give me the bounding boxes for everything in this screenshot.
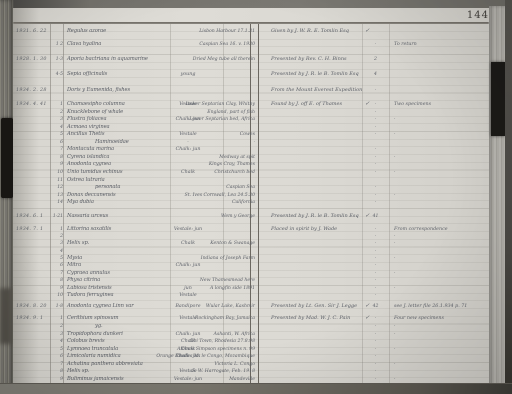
cell-name: Unio tumidus echinus <box>67 169 122 176</box>
cell-loc: Wular Lake, Kashmir <box>131 303 255 310</box>
cell-qty: · <box>362 41 389 48</box>
cell-name: Tropidophora dunkeri <box>67 331 123 338</box>
fore-edge-bookmark-block <box>491 62 505 136</box>
cell-name: Haminoeidae <box>95 139 129 146</box>
cell-acq: Presented by Mad. W. J. C. Pain <box>271 315 350 322</box>
cell-rem: · <box>394 331 486 338</box>
cell-loc: Mandeville <box>131 376 255 383</box>
ledger-row: 1928. 1. 301-3Aporia bactriana in aquama… <box>13 56 489 64</box>
cell-num: 11 <box>49 177 63 184</box>
cell-qty: · <box>362 285 389 292</box>
cell-name: Regulus azorae <box>67 28 106 35</box>
cell-name: Tudora ferruginea <box>67 292 114 299</box>
cell-rem: Two specimens <box>394 101 486 108</box>
ledger-row: 1934. 2. 28Doris y Eumenida, fishesFrom … <box>13 87 489 95</box>
cell-qty: · <box>362 270 389 277</box>
cell-qty: · <box>362 146 389 153</box>
cell-name: Doris y Eumenida, fishes <box>67 87 130 94</box>
cell-name: personata <box>95 184 120 191</box>
cell-qty: 4 <box>362 71 389 78</box>
cell-loc: Medway at spit <box>131 154 255 161</box>
checkmark-icon: ✓ <box>365 303 375 310</box>
cell-name: Colobus brevis <box>67 338 105 345</box>
spine-smudge <box>0 288 12 344</box>
cell-qty: · <box>362 184 389 191</box>
cell-qty: · <box>362 240 389 247</box>
cell-loc: Kenton & Swanage <box>131 240 255 247</box>
cell-rem: · <box>394 346 486 353</box>
cell-name: Limicolaria numidica <box>67 353 121 360</box>
ledger-row: 1934. 6. 11-21Nassaria urceusWem y Georg… <box>13 213 489 221</box>
cell-loc: Lisbon Harbour 17.1.31 <box>131 28 255 35</box>
cell-loc: Christchurch bed <box>131 169 255 176</box>
cell-loc: Cowes <box>131 131 255 138</box>
cell-qty: · <box>362 226 389 233</box>
ledger-row: 8Helix sp.VestaleS. W. Harrogate, Feb. 1… <box>13 368 489 376</box>
cell-num: 4 <box>49 248 63 255</box>
checkmark-icon: ✓ <box>365 213 375 220</box>
cell-num: 3 <box>49 331 63 338</box>
ledger-row: 1934. 9. 11Cerithium spinosumVestaleRock… <box>13 315 489 323</box>
cell-name: Cyrena islandica <box>67 154 109 161</box>
ledger-row: 7Montacuta marinaChalk: jun· <box>13 146 489 154</box>
cell-coll: young <box>153 71 223 78</box>
cell-loc: Wem y George <box>131 213 255 220</box>
cell-name: Lymnaea truncatula <box>67 346 118 353</box>
cell-qty: · <box>362 131 389 138</box>
cell-name: Mitra <box>67 262 81 269</box>
ledger-row: 4-5Sepia officinalisyoungPresented by J.… <box>13 71 489 79</box>
cell-rem: · <box>394 240 486 247</box>
cell-num: 12 <box>49 184 63 191</box>
cell-qty: · <box>362 154 389 161</box>
cell-name: Cerithium spinosum <box>67 315 118 322</box>
cell-name: Clava hyalina <box>67 41 101 48</box>
cell-acq: Presented by J. R. le B. Tomlin Esq <box>271 71 359 78</box>
cell-name: Helix sp. <box>67 240 89 247</box>
cell-qty: · <box>362 361 389 368</box>
cell-rem: · <box>394 323 486 330</box>
cell-num: 13 <box>49 192 63 199</box>
cell-qty: · <box>362 248 389 255</box>
ledger-row: 6MitraChalk: jun· <box>13 262 489 270</box>
ledger-row: 3Flustra foliaceaChalk: junLower Septari… <box>13 116 489 124</box>
cell-num: 6 <box>49 139 63 146</box>
ledger-row: 8Physa citrinaNew Thamesmead here· <box>13 277 489 285</box>
cell-loc: Caspian Sea 16. v. 1930 <box>131 41 255 48</box>
cell-loc: S. W. Harrogate, Feb. 1918 <box>131 368 255 375</box>
ledger-row: 12personataCaspian Sea· <box>13 184 489 192</box>
cell-num: 1-21 <box>49 213 63 220</box>
cell-num: 8 <box>49 154 63 161</box>
cell-qty: · <box>362 87 389 94</box>
ledger-row: 3Helix sp.ChalkKenton & Swanage·· <box>13 240 489 248</box>
cell-name: Nassaria urceus <box>67 213 108 220</box>
ledger-row: 6Limicolaria numidicaChalk: junOrange Rh… <box>13 353 489 361</box>
cell-loc: Orange Rhodes M. le Congo, Mozambique <box>131 353 255 360</box>
cell-num: 6 <box>49 262 63 269</box>
ledger-row: 4Colobus brevisChalkObi Town, Rhodesia 2… <box>13 338 489 346</box>
background-right <box>505 0 512 394</box>
cell-rem: · <box>394 270 486 277</box>
cell-loc: Lower Septarian Clay, Whitby <box>131 101 255 108</box>
cell-acq: Found by J. off E. of Thames <box>271 101 342 108</box>
cell-num: 7 <box>49 361 63 368</box>
cell-num: 4 <box>49 124 63 131</box>
cell-coll: Chalk: jun <box>153 262 223 269</box>
background-bottom <box>0 383 512 394</box>
ledger-row: 1934. 4. 411Chamaesipho columnaVestaleLo… <box>13 101 489 109</box>
cell-qty: · <box>362 109 389 116</box>
cell-name: Buliminus jamaicensis <box>67 376 124 383</box>
cell-rem: · <box>394 233 486 240</box>
ledger-page: 144 1931. 6. 22Regulus azoraeLisbon Harb… <box>13 8 489 385</box>
cell-loc: England, part of fish <box>131 109 255 116</box>
cell-name: Montacuta marina <box>67 146 114 153</box>
cell-num: 9 <box>49 161 63 168</box>
cell-name: Ostrea lutraria <box>67 177 105 184</box>
cell-num: 9 <box>49 376 63 383</box>
cell-num: 2 <box>49 109 63 116</box>
ledger-row: 5Ancillus ThetisVestaleCowes·· <box>13 131 489 139</box>
cell-acq: Presented by J. R. le B. Tomlin Esq <box>271 213 359 220</box>
cell-qty: · <box>362 255 389 262</box>
ledger-row: 1931. 6. 22Regulus azoraeLisbon Harbour … <box>13 28 489 36</box>
cell-loc: St. Ives Cornwall, Lea 24.5.30 <box>131 192 255 199</box>
cell-qty: · <box>362 353 389 360</box>
cell-qty: · <box>362 169 389 176</box>
cell-num: 1 <box>49 315 63 322</box>
cell-acq: From the Mount Everest Expedition <box>271 87 362 94</box>
cell-qty: · <box>362 199 389 206</box>
cell-loc: A longfin side 1891 <box>131 285 255 292</box>
cell-loc: Ashanti, W. Africa <box>131 331 255 338</box>
cell-rem: · <box>394 285 486 292</box>
cell-name: Anodonta cygnea <box>67 161 111 168</box>
cell-loc: Caspian Sea <box>131 184 255 191</box>
cell-qty: 2 <box>362 56 389 63</box>
cell-rem: Four new specimens <box>394 315 486 322</box>
cell-name: Helix sp. <box>67 368 89 375</box>
cell-rem: · <box>394 376 486 383</box>
cell-num: 5 <box>49 131 63 138</box>
cell-name: Labiosa tristensis <box>67 285 112 292</box>
cell-num: 5 <box>49 346 63 353</box>
cell-qty: · <box>362 116 389 123</box>
ledger-row: 2yg.·· <box>13 323 489 331</box>
ledger-row: 14Mya dubiaCalifornia· <box>13 199 489 207</box>
ledger-row: 1 2Clava hyalinaCaspian Sea 16. v. 1930·… <box>13 41 489 49</box>
cell-qty: · <box>362 192 389 199</box>
cell-loc: Albinos Simpson specimens n. 99 <box>131 346 255 353</box>
cell-num: 1-3 <box>49 56 63 63</box>
cell-name: Mya dubia <box>67 199 94 206</box>
cell-acq: Given by J. W. R. E. Tomlin Esq <box>271 28 349 35</box>
cell-num: 7 <box>49 270 63 277</box>
cell-acq: Presented by Rev. C. H. Binns <box>271 56 347 63</box>
checkmark-icon: ✓ <box>365 315 375 322</box>
cell-loc: Rockingham Bay, Jamaica <box>131 315 255 322</box>
cell-num: 4 <box>49 338 63 345</box>
cell-num: 5 <box>49 255 63 262</box>
cell-num: 2 <box>49 233 63 240</box>
cell-num: 8 <box>49 277 63 284</box>
cell-name: Mysia <box>67 255 82 262</box>
cell-loc: · <box>131 139 255 146</box>
cell-qty: · <box>362 233 389 240</box>
cell-name: Cypraea annulus <box>67 270 110 277</box>
cell-num: 2 <box>49 323 63 330</box>
cell-name: Ancillus Thetis <box>67 131 104 138</box>
cell-rem: To return <box>394 41 486 48</box>
ledger-row: 10Unio tumidus echinusChalkChristchurch … <box>13 169 489 177</box>
cell-rem: · <box>394 116 486 123</box>
cell-num: 8 <box>49 368 63 375</box>
cell-rem: · <box>394 192 486 199</box>
cell-coll: Vestale <box>153 292 223 299</box>
cell-qty: · <box>362 161 389 168</box>
cell-rem: From correspondence <box>394 226 486 233</box>
cell-qty: · <box>362 368 389 375</box>
cell-num: 9 <box>49 285 63 292</box>
ledger-rows: 1931. 6. 22Regulus azoraeLisbon Harbour … <box>13 8 489 385</box>
checkmark-icon: ✓ <box>365 101 375 108</box>
cell-name: Physa citrina <box>67 277 100 284</box>
cell-name: Chamaesipho columna <box>67 101 125 108</box>
cell-qty: · <box>362 331 389 338</box>
cell-rem: · <box>394 131 486 138</box>
cell-name: Knucklebone of whale <box>67 109 123 116</box>
cell-num: 1 <box>49 101 63 108</box>
cell-rem: · <box>394 255 486 262</box>
cell-date: 1931. 6. 22 <box>16 28 56 35</box>
cell-num: 3 <box>49 240 63 247</box>
cell-name: yg. <box>95 323 103 330</box>
cell-num: 14 <box>49 199 63 206</box>
ledger-row: 9Anodonta cygneaKings Cray, Thames· <box>13 161 489 169</box>
cell-qty: · <box>362 346 389 353</box>
cell-num: 1 2 <box>49 41 63 48</box>
cell-loc: Victoria L. Congo <box>131 361 255 368</box>
cell-coll: Vestale: jun <box>153 226 223 233</box>
ledger-row: 1934. 8. 201-8Anodonta cygnea Linn varBa… <box>13 303 489 311</box>
register-photo: 144 1931. 6. 22Regulus azoraeLisbon Harb… <box>0 0 512 394</box>
cell-qty: · <box>362 323 389 330</box>
cell-loc: Lower Septarian bed, Africa <box>131 116 255 123</box>
spine-bookmark-block <box>1 118 13 198</box>
cell-rem: · <box>394 361 486 368</box>
cell-num: 1 <box>49 226 63 233</box>
cell-num: 1-8 <box>49 303 63 310</box>
cell-loc: Dried Meg tube all therein <box>131 56 255 63</box>
cell-qty: · <box>362 124 389 131</box>
cell-name: Donax deccanensis <box>67 192 116 199</box>
cell-acq: Placed in spirit by J. Wade <box>271 226 337 233</box>
ledger-row: 10Tudora ferrugineaVestale· <box>13 292 489 300</box>
cell-qty: · <box>362 338 389 345</box>
cell-coll: Chalk: jun <box>153 146 223 153</box>
cell-num: 10 <box>49 292 63 299</box>
cell-num: 3 <box>49 116 63 123</box>
cell-num: 10 <box>49 169 63 176</box>
cell-loc: New Thamesmead here <box>131 277 255 284</box>
cell-name: Sepia officinalis <box>67 71 107 78</box>
cell-num: 7 <box>49 146 63 153</box>
cell-rem: see J. letter file 26.1.934 p. 71 <box>394 303 486 310</box>
cell-qty: · <box>362 262 389 269</box>
cell-rem: · <box>394 154 486 161</box>
cell-qty: · <box>362 277 389 284</box>
cell-name: Acmaea virginea <box>67 124 110 131</box>
cell-num: 6 <box>49 353 63 360</box>
cell-num: 4-5 <box>49 71 63 78</box>
cell-loc: Obi Town, Rhodesia 27.8.98 <box>131 338 255 345</box>
cell-qty: · <box>362 292 389 299</box>
cell-rem: · <box>394 169 486 176</box>
cell-qty: · <box>362 376 389 383</box>
cell-name: Anodonta cygnea Linn var <box>67 303 134 310</box>
cell-date: 1934. 2. 28 <box>16 87 56 94</box>
checkmark-icon: ✓ <box>365 28 375 35</box>
cell-name: Littorina saxatilis <box>67 226 111 233</box>
cell-acq: Presented by Lt. Gen. Sir J. Legge <box>271 303 357 310</box>
cell-loc: California <box>131 199 255 206</box>
cell-loc: Indiana of Joseph Farm <box>131 255 255 262</box>
cell-loc: Kings Cray, Thames <box>131 161 255 168</box>
cell-name: Flustra foliacea <box>67 116 107 123</box>
